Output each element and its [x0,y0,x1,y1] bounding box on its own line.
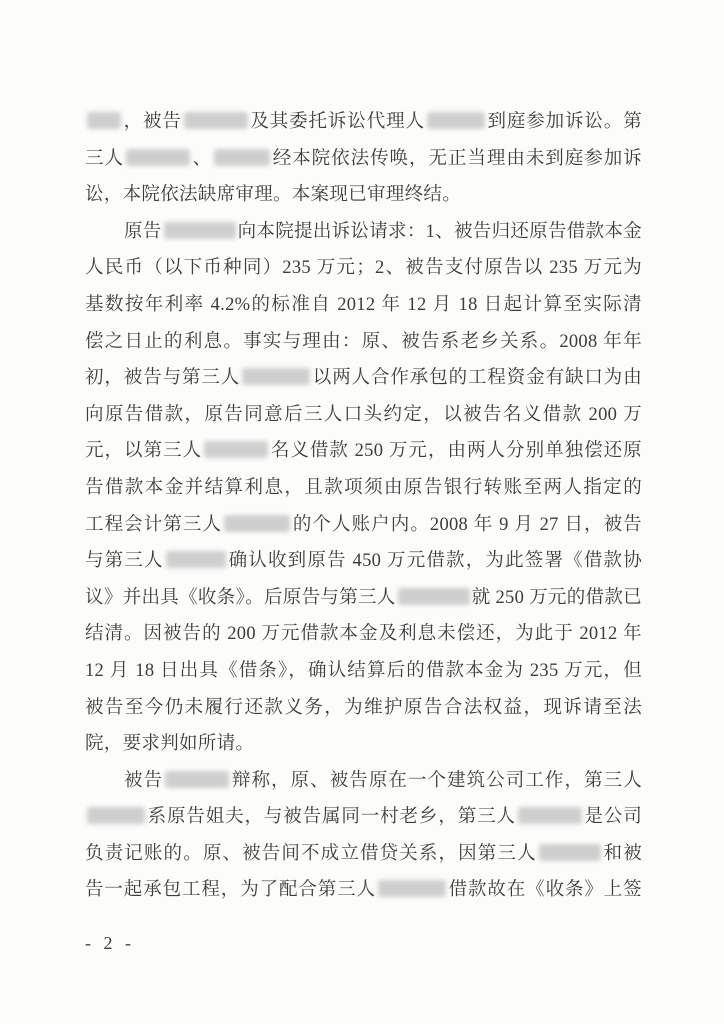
text-line: 元，以第三人名义借款 250 万元，由两人分别单独偿还原 [85,433,642,470]
text-run: 结清。因被告的 200 万元借款本金及利息未偿还，为此于 2012 年 [85,624,642,644]
redacted-name [164,222,236,239]
text-line: 三人、经本院依法传唤，无正当理由未到庭参加诉 [85,141,642,178]
text-run: 就 250 万元的借款已 [472,588,642,608]
text-run: 到庭参加诉讼。第 [487,112,642,132]
redacted-name [204,441,268,458]
redacted-name [166,551,226,568]
text-line: 工程会计第三人的个人账户内。2008 年 9 月 27 日，被告 [85,507,642,544]
text-run: 人民币（以下币种同）235 万元；2、被告支付原告以 235 万元为 [85,258,642,278]
text-line: 向原告借款，原告同意后三人口头约定，以被告名义借款 200 万 [85,397,642,434]
text-run: 经本院依法传唤，无正当理由未到庭参加诉 [272,149,642,169]
text-run: 的个人账户内。2008 年 9 月 27 日，被告 [292,515,642,535]
redacted-name [224,515,290,532]
text-line: 与第三人确认收到原告 450 万元借款，为此签署《借款协 [85,543,642,580]
text-line: 人民币（以下币种同）235 万元；2、被告支付原告以 235 万元为 [85,250,642,287]
document-page: ，被告及其委托诉讼代理人到庭参加诉讼。第三人、经本院依法传唤，无正当理由未到庭参… [0,0,724,1024]
text-run: 原告 [124,222,162,242]
text-run: 、 [192,149,212,169]
text-run: 和被 [603,844,642,864]
page-number: - 2 - [85,933,135,954]
text-run: 讼，本院依法缺席审理。本案现已审理终结。 [85,185,461,205]
text-run: 辩称，原、被告原在一个建筑公司工作，第三人 [231,771,642,791]
text-run: 偿之日止的利息。事实与理由：原、被告系老乡关系。2008 年年 [85,332,642,352]
text-run: 工程会计第三人 [85,515,222,535]
text-line: 原告向本院提出诉讼请求：1、被告归还原告借款本金 [85,214,642,251]
text-line: 被告至今仍未履行还款义务，为维护原告合法权益，现诉请至法 [85,690,642,727]
redacted-name [214,149,270,166]
redacted-name [539,844,601,861]
text-run: 确认收到原告 450 万元借款，为此签署《借款协 [228,551,642,571]
text-run: 借款故在《收条》上签 [448,880,642,900]
text-run: 元，以第三人 [85,441,202,461]
document-body: ，被告及其委托诉讼代理人到庭参加诉讼。第三人、经本院依法传唤，无正当理由未到庭参… [85,104,642,909]
text-run: 告一起承包工程，为了配合第三人 [85,880,376,900]
text-line: 告一起承包工程，为了配合第三人借款故在《收条》上签 [85,872,642,909]
redacted-name [87,807,145,824]
redacted-name [398,588,470,605]
text-run: 12 月 18 日出具《借条》，确认结算后的借款本金为 235 万元，但 [85,661,642,681]
text-line: 负责记账的。原、被告间不成立借贷关系，因第三人和被 [85,836,642,873]
text-run: ，被告 [123,112,182,132]
text-run: 名义借款 250 万元，由两人分别单独偿还原 [270,441,642,461]
text-line: 系原告姐夫，与被告属同一村老乡，第三人是公司 [85,799,642,836]
text-run: 被告至今仍未履行还款义务，为维护原告合法权益，现诉请至法 [85,698,642,718]
text-line: 偿之日止的利息。事实与理由：原、被告系老乡关系。2008 年年 [85,324,642,361]
text-line: ，被告及其委托诉讼代理人到庭参加诉讼。第 [85,104,642,141]
text-run: 基数按年利率 4.2%的标准自 2012 年 12 月 18 日起计算至实际清 [85,295,642,315]
redacted-name [242,368,310,385]
text-line: 12 月 18 日出具《借条》，确认结算后的借款本金为 235 万元，但 [85,653,642,690]
text-line: 讼，本院依法缺席审理。本案现已审理终结。 [85,177,642,214]
redacted-name [427,112,485,129]
text-run: 系原告姐夫，与被告属同一村老乡，第三人 [147,807,516,827]
text-line: 告借款本金并结算利息，且款项须由原告银行转账至两人指定的 [85,470,642,507]
text-run: 以两人合作承包的工程资金有缺口为由 [312,368,642,388]
text-run: 向原告借款，原告同意后三人口头约定，以被告名义借款 200 万 [85,405,642,425]
text-line: 初，被告与第三人以两人合作承包的工程资金有缺口为由 [85,360,642,397]
redacted-name [165,771,229,788]
text-run: 被告 [124,771,163,791]
text-line: 结清。因被告的 200 万元借款本金及利息未偿还，为此于 2012 年 [85,616,642,653]
text-run: 告借款本金并结算利息，且款项须由原告银行转账至两人指定的 [85,478,642,498]
redacted-name [378,880,446,897]
text-line: 基数按年利率 4.2%的标准自 2012 年 12 月 18 日起计算至实际清 [85,287,642,324]
text-run: 三人 [85,149,124,169]
text-run: 议》并出具《收条》。后原告与第三人 [85,588,396,608]
text-run: 与第三人 [85,551,164,571]
redacted-name [518,807,582,824]
redacted-name [87,112,121,129]
text-line: 院，要求判如所请。 [85,726,642,763]
text-run: 负责记账的。原、被告间不成立借贷关系，因第三人 [85,844,537,864]
redacted-name [126,149,190,166]
text-run: 是公司 [584,807,642,827]
text-run: 初，被告与第三人 [85,368,240,388]
text-line: 被告辩称，原、被告原在一个建筑公司工作，第三人 [85,763,642,800]
text-run: 院，要求判如所请。 [85,734,254,754]
text-line: 议》并出具《收条》。后原告与第三人就 250 万元的借款已 [85,580,642,617]
text-run: 及其委托诉讼代理人 [250,112,425,132]
text-run: 向本院提出诉讼请求：1、被告归还原告借款本金 [238,222,642,242]
redacted-name [184,112,248,129]
